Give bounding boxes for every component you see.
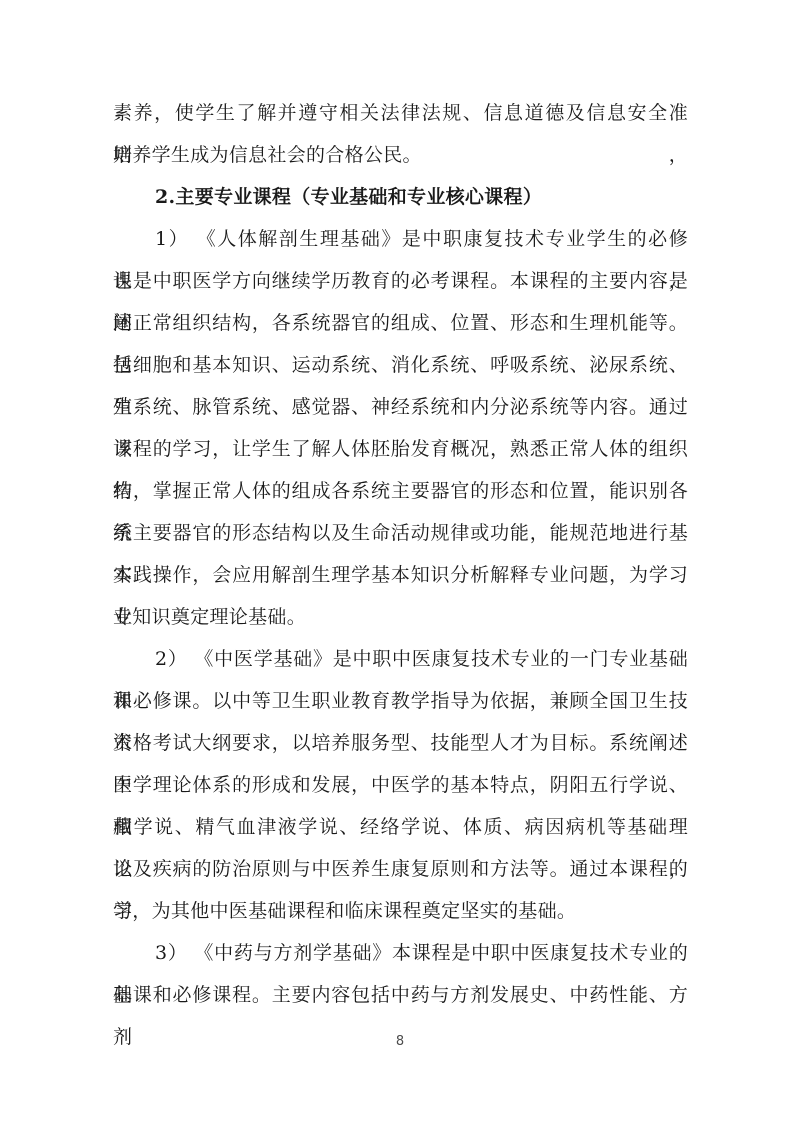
text-line: 医学理论体系的形成和发展，中医学的基本特点，阴阳五行学说、藏 xyxy=(113,764,688,806)
text-line: 1） 《人体解剖生理基础》是中职康复技术专业学生的必修课， xyxy=(113,218,688,260)
text-line: 2） 《中医学基础》是中职中医康复技术专业的一门专业基础课 xyxy=(113,638,688,680)
text-line: 3） 《中药与方剂学基础》本课程是中职中医康复技术专业的基 xyxy=(113,932,688,974)
text-line: 括细胞和基本知识、运动系统、消化系统、呼吸系统、泌尿系统、生 xyxy=(113,344,688,386)
text-block: 素养，使学生了解并遵守相关法律法规、信息道德及信息安全准则， 培养学生成为信息社… xyxy=(113,92,688,1016)
text-line: 以及疾病的防治原则与中医养生康复原则和方法等。通过本课程的学 xyxy=(113,848,688,890)
text-line: 资格考试大纲要求，以培养服务型、技能型人才为目标。系统阐述中 xyxy=(113,722,688,764)
text-line: 实践操作，会应用解剖生理学基本知识分析解释专业问题，为学习专 xyxy=(113,554,688,596)
text-line: 统主要器官的形态结构以及生命活动规律或功能，能规范地进行基本 xyxy=(113,512,688,554)
text-line: 构，掌握正常人体的组成各系统主要器官的形态和位置，能识别各系 xyxy=(113,470,688,512)
text-line: 业知识奠定理论基础。 xyxy=(113,596,688,638)
text-line: 殖系统、脉管系统、感觉器、神经系统和内分泌系统等内容。通过该 xyxy=(113,386,688,428)
section-heading: 2.主要专业课程（专业基础和专业核心课程） xyxy=(113,176,688,218)
text-line: 习，为其他中医基础课程和临床课程奠定坚实的基础。 xyxy=(113,890,688,932)
text-line: 和必修课。以中等卫生职业教育教学指导为依据，兼顾全国卫生技术 xyxy=(113,680,688,722)
text-line: 课程的学习，让学生了解人体胚胎发育概况，熟悉正常人体的组织结 xyxy=(113,428,688,470)
text-line: 素养，使学生了解并遵守相关法律法规、信息道德及信息安全准则， xyxy=(113,92,688,134)
text-line: 相学说、精气血津液学说、经络学说、体质、病因病机等基础理论， xyxy=(113,806,688,848)
text-line: 础课和必修课程。主要内容包括中药与方剂发展史、中药性能、方剂 xyxy=(113,974,688,1016)
page-number: 8 xyxy=(0,1033,800,1051)
text-line: 述正常组织结构，各系统器官的组成、位置、形态和生理机能等。包 xyxy=(113,302,688,344)
document-page: 素养，使学生了解并遵守相关法律法规、信息道德及信息安全准则， 培养学生成为信息社… xyxy=(0,0,800,1131)
text-line: 也是中职医学方向继续学历教育的必考课程。本课程的主要内容是阐 xyxy=(113,260,688,302)
